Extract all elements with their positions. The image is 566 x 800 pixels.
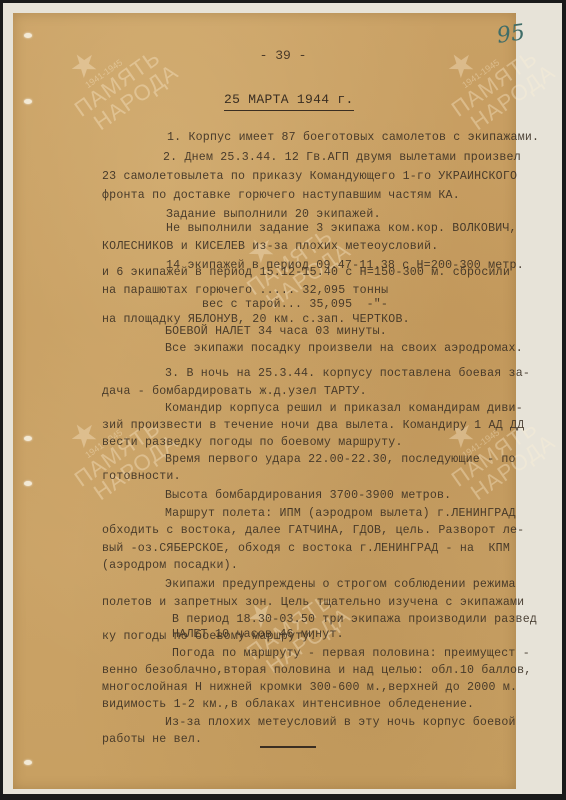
page-number: - 39 - bbox=[0, 48, 566, 63]
punch-hole bbox=[24, 760, 32, 765]
text-line: Из-за плохих метеусловий в эту ночь корп… bbox=[165, 716, 516, 729]
text-line: 1. Корпус имеет 87 боеготовых самолетов … bbox=[167, 131, 539, 144]
text-line: КОЛЕСНИКОВ и КИСЕЛЕВ из-за плохих метеоу… bbox=[102, 240, 438, 253]
text-line: 23 самолетовылета по приказу Командующег… bbox=[102, 170, 517, 183]
text-line: Маршрут полета: ИПМ (аэродром вылета) г.… bbox=[165, 507, 516, 520]
punch-hole bbox=[24, 33, 32, 38]
text-line: БОЕВОЙ НАЛЕТ 34 часа 03 минуты. bbox=[165, 325, 387, 338]
text-line: вый -оз.СЯБЕРСКОЕ, обходя с востока г.ЛЕ… bbox=[102, 542, 510, 555]
text-line: фронта по доставке горючего наступавшим … bbox=[102, 189, 460, 202]
text-line: Не выполнили задание 3 экипажа ком.кор. … bbox=[166, 222, 517, 235]
text-line: Экипажи предупреждены о строгом соблюден… bbox=[165, 578, 516, 591]
punch-hole bbox=[24, 481, 32, 486]
punch-hole bbox=[24, 436, 32, 441]
text-line: Задание выполнили 20 экипажей. bbox=[166, 208, 381, 221]
text-line: дача - бомбардировать ж.д.узел ТАРТУ. bbox=[102, 385, 367, 398]
text-line: многослойная Н нижней кромки 300-600 м.,… bbox=[102, 681, 517, 694]
text-line: полетов и запретных зон. Цель тщательно … bbox=[102, 596, 524, 609]
text-line: Погода по маршруту - первая половина: пр… bbox=[172, 647, 530, 660]
text-line: (аэродром посадки). bbox=[102, 559, 238, 572]
text-line: готовности. bbox=[102, 470, 181, 483]
text-line: вести разведку погоды по боевому маршрут… bbox=[102, 436, 403, 449]
text-line: 2. Днем 25.3.44. 12 Гв.АГП двумя вылетам… bbox=[163, 151, 521, 164]
text-line: на парашютах горючего ..... 32,095 тонны bbox=[102, 284, 388, 297]
text-line: Высота бомбардирования 3700-3900 метров. bbox=[165, 489, 451, 502]
text-line: Все экипажи посадку произвели на своих а… bbox=[165, 342, 523, 355]
text-line: венно безоблачно,вторая половина и над ц… bbox=[102, 664, 531, 677]
text-line: и 6 экипажей в период 15.12-15.40 с Н=15… bbox=[102, 266, 510, 279]
text-line: Командир корпуса решил и приказал команд… bbox=[165, 402, 523, 415]
text-line: 3. В ночь на 25.3.44. корпусу поставлена… bbox=[165, 367, 530, 380]
text-line: видимость 1-2 км.,в облаках интенсивное … bbox=[102, 698, 474, 711]
archive-sheet-number: 95 bbox=[495, 20, 526, 49]
text-line: зий произвести в течение ночи два вылета… bbox=[102, 419, 524, 432]
date-heading: 25 МАРТА 1944 г. bbox=[224, 92, 354, 111]
text-line: работы не вел. bbox=[102, 733, 202, 746]
punch-hole bbox=[24, 99, 32, 104]
text-line: Время первого удара 22.00-22.30, последу… bbox=[165, 453, 516, 466]
text-line: В период 18.30-03.50 три экипажа произво… bbox=[172, 613, 537, 626]
end-rule bbox=[260, 746, 316, 748]
text-line: вес с тарой... 35,095 -"- bbox=[202, 298, 388, 311]
text-line: НАЛЕТ 10 часов 46 минут. bbox=[172, 628, 344, 641]
text-line: обходить с востока, далее ГАТЧИНА, ГДОВ,… bbox=[102, 524, 524, 537]
